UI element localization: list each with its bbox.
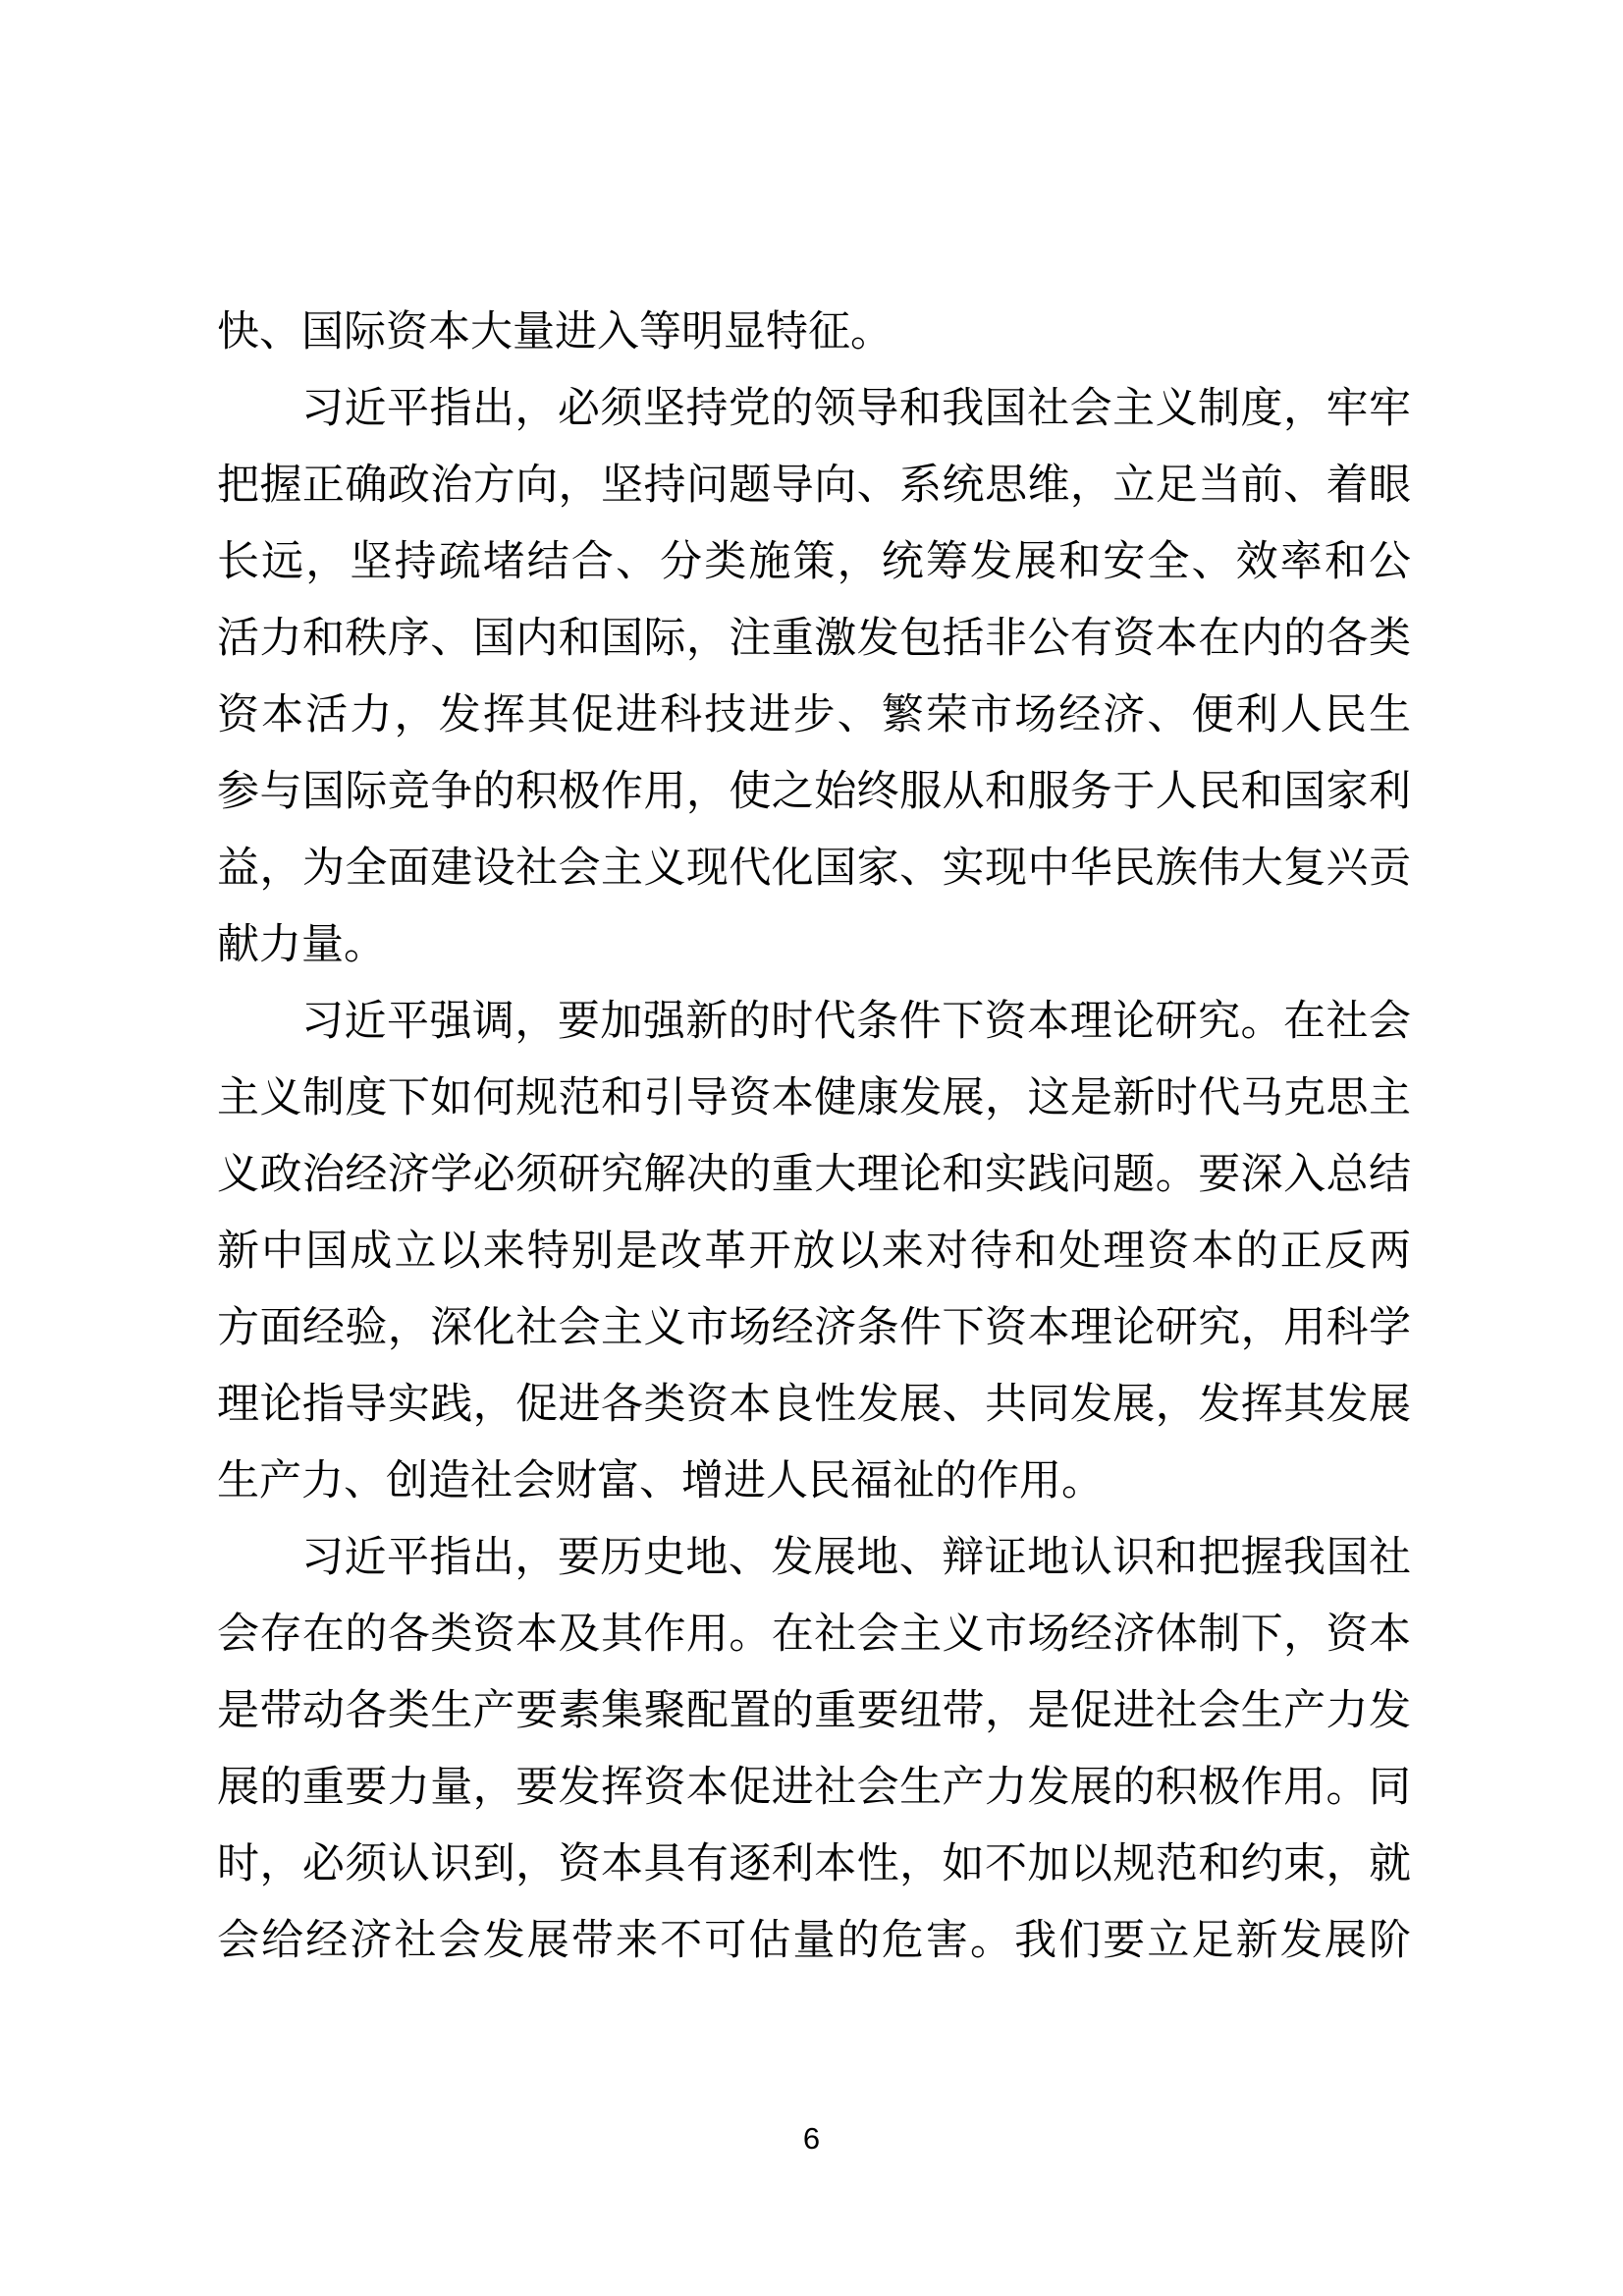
- text-line: 展的重要力量，要发挥资本促进社会生产力发展的积极作用。同: [217, 1750, 1411, 1827]
- text-line: 生产力、创造社会财富、增进人民福祉的作用。: [217, 1444, 1411, 1520]
- document-page: 快、国际资本大量进入等明显特征。 习近平指出，必须坚持党的领导和我国社会主义制度…: [0, 0, 1623, 2296]
- text-line: 方面经验，深化社会主义市场经济条件下资本理论研究，用科学: [217, 1290, 1411, 1367]
- text-line: 会存在的各类资本及其作用。在社会主义市场经济体制下，资本: [217, 1597, 1411, 1673]
- text-line: 习近平指出，要历史地、发展地、辩证地认识和把握我国社: [217, 1520, 1411, 1597]
- text-line: 快、国际资本大量进入等明显特征。: [217, 295, 1411, 371]
- text-line: 献力量。: [217, 907, 1411, 984]
- page-footer: 6: [0, 2119, 1623, 2159]
- text-line: 会给经济社会发展带来不可估量的危害。我们要立足新发展阶: [217, 1903, 1411, 1980]
- document-body: 快、国际资本大量进入等明显特征。 习近平指出，必须坚持党的领导和我国社会主义制度…: [217, 295, 1411, 1980]
- text-line: 资本活力，发挥其促进科技进步、繁荣市场经济、便利人民生活、: [217, 678, 1411, 754]
- text-line: 新中国成立以来特别是改革开放以来对待和处理资本的正反两: [217, 1214, 1411, 1290]
- text-line: 益，为全面建设社会主义现代化国家、实现中华民族伟大复兴贡: [217, 831, 1411, 907]
- text-line: 习近平强调，要加强新的时代条件下资本理论研究。在社会: [217, 984, 1411, 1061]
- text-line: 时，必须认识到，资本具有逐利本性，如不加以规范和约束，就: [217, 1827, 1411, 1903]
- text-line: 习近平指出，必须坚持党的领导和我国社会主义制度，牢牢: [217, 371, 1411, 448]
- text-line: 参与国际竞争的积极作用，使之始终服从和服务于人民和国家利: [217, 754, 1411, 831]
- text-line: 主义制度下如何规范和引导资本健康发展，这是新时代马克思主: [217, 1061, 1411, 1137]
- text-line: 是带动各类生产要素集聚配置的重要纽带，是促进社会生产力发: [217, 1673, 1411, 1750]
- text-line: 把握正确政治方向，坚持问题导向、系统思维，立足当前、着眼: [217, 448, 1411, 524]
- page-number: 6: [803, 2121, 820, 2156]
- text-line: 活力和秩序、国内和国际，注重激发包括非公有资本在内的各类: [217, 601, 1411, 678]
- text-line: 理论指导实践，促进各类资本良性发展、共同发展，发挥其发展: [217, 1367, 1411, 1444]
- text-line: 义政治经济学必须研究解决的重大理论和实践问题。要深入总结: [217, 1137, 1411, 1214]
- text-line: 长远，坚持疏堵结合、分类施策，统筹发展和安全、效率和公平、: [217, 524, 1411, 601]
